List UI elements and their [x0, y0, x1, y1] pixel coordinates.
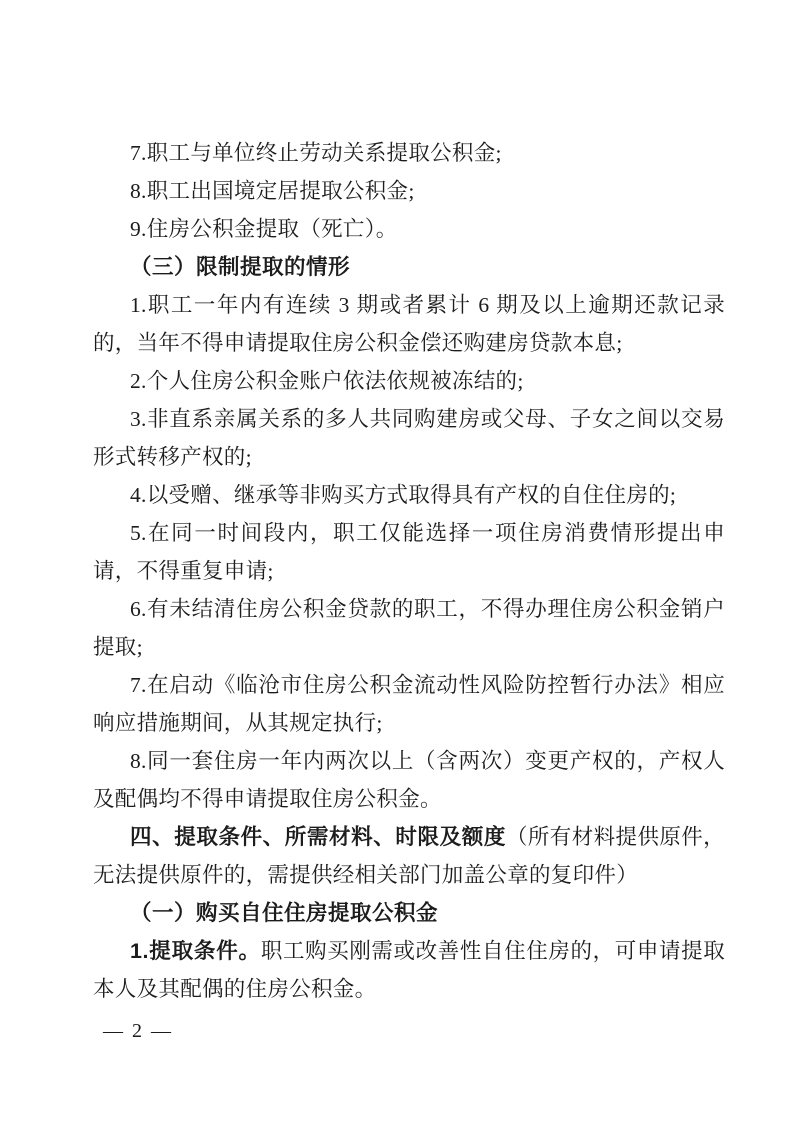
doc-paragraph-restrict-3: 3.非直系亲属关系的多人共同购建房或父母、子女之间以交易形式转移产权的; [93, 400, 725, 476]
doc-paragraph-item-9: 9.住房公积金提取（死亡）。 [93, 210, 725, 248]
doc-paragraph-item-7: 7.职工与单位终止劳动关系提取公积金; [93, 134, 725, 172]
paragraph-text: 8.职工出国境定居提取公积金; [130, 179, 415, 203]
heading-bold-run: （一）购买自住住房提取公积金 [130, 901, 438, 925]
doc-paragraph-restrict-7: 7.在启动《临沧市住房公积金流动性风险防控暂行办法》相应响应措施期间，从其规定执… [93, 666, 725, 742]
doc-heading-subsection-1: （一）购买自住住房提取公积金 [93, 894, 725, 932]
paragraph-text: 6.有未结清住房公积金贷款的职工，不得办理住房公积金销户提取; [93, 597, 725, 659]
paragraph-text: 7.在启动《临沧市住房公积金流动性风险防控暂行办法》相应响应措施期间，从其规定执… [93, 673, 725, 735]
document-page: 7.职工与单位终止劳动关系提取公积金; 8.职工出国境定居提取公积金; 9.住房… [0, 0, 794, 1123]
paragraph-text: 2.个人住房公积金账户依法依规被冻结的; [130, 369, 524, 393]
heading-bold-run: （三）限制提取的情形 [130, 255, 350, 279]
doc-paragraph-restrict-6: 6.有未结清住房公积金贷款的职工，不得办理住房公积金销户提取; [93, 590, 725, 666]
doc-paragraph-condition-1: 1.提取条件。职工购买刚需或改善性自住住房的，可申请提取本人及其配偶的住房公积金… [93, 932, 725, 1008]
paragraph-text: 7.职工与单位终止劳动关系提取公积金; [130, 141, 502, 165]
doc-paragraph-item-8: 8.职工出国境定居提取公积金; [93, 172, 725, 210]
doc-paragraph-restrict-5: 5.在同一时间段内，职工仅能选择一项住房消费情形提出申请，不得重复申请; [93, 514, 725, 590]
paragraph-text: 5.在同一时间段内，职工仅能选择一项住房消费情形提出申请，不得重复申请; [93, 521, 725, 583]
doc-heading-section-3: （三）限制提取的情形 [93, 248, 725, 286]
doc-paragraph-restrict-4: 4.以受赠、继承等非购买方式取得具有产权的自住住房的; [93, 476, 725, 514]
paragraph-bold-run: 1.提取条件。 [130, 939, 261, 963]
paragraph-text: 1.职工一年内有连续 3 期或者累计 6 期及以上逾期还款记录的，当年不得申请提… [93, 293, 725, 355]
doc-paragraph-restrict-2: 2.个人住房公积金账户依法依规被冻结的; [93, 362, 725, 400]
paragraph-text: 4.以受赠、继承等非购买方式取得具有产权的自住住房的; [130, 483, 676, 507]
doc-paragraph-restrict-8: 8.同一套住房一年内两次以上（含两次）变更产权的，产权人及配偶均不得申请提取住房… [93, 742, 725, 818]
paragraph-text: 3.非直系亲属关系的多人共同购建房或父母、子女之间以交易形式转移产权的; [93, 407, 725, 469]
document-body: 7.职工与单位终止劳动关系提取公积金; 8.职工出国境定居提取公积金; 9.住房… [93, 134, 725, 1008]
heading-bold-run: 四、提取条件、所需材料、时限及额度 [130, 825, 506, 849]
doc-heading-section-4: 四、提取条件、所需材料、时限及额度（所有材料提供原件，无法提供原件的，需提供经相… [93, 818, 725, 894]
page-number: — 2 — [103, 1018, 173, 1044]
paragraph-text: 8.同一套住房一年内两次以上（含两次）变更产权的，产权人及配偶均不得申请提取住房… [93, 749, 725, 811]
doc-paragraph-restrict-1: 1.职工一年内有连续 3 期或者累计 6 期及以上逾期还款记录的，当年不得申请提… [93, 286, 725, 362]
paragraph-text: 9.住房公积金提取（死亡）。 [130, 217, 398, 241]
